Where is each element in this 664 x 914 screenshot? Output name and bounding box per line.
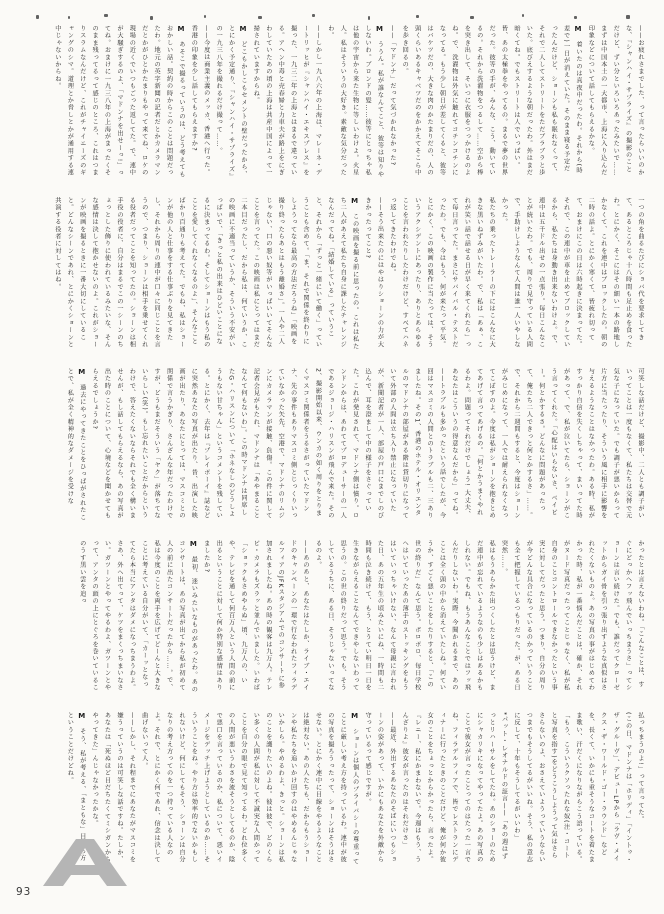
speaker-m-label: M (189, 540, 197, 549)
scan-speck (416, 15, 419, 18)
paragraph: 一つの角を曲るたびにショバ代を要求してきて、あるところじゃ十八時間も足止めを食っ… (497, 197, 646, 350)
paragraph: 払っちまうのよ!」って言ってた。 (634, 712, 646, 865)
paragraph: ——お疲れさまでした、って言ったらいいのかな、『シャンハイ・サプライズ』の撮影の… (584, 25, 646, 178)
paragraph: ——そう出来たのにはやはりショーンの力が大きかったってこと? (361, 197, 386, 350)
paragraph: ——最近、外出するあなたのそばにいつもショーンの姿があって、いかにもあなたを外敵… (361, 712, 398, 865)
scan-speck (104, 14, 108, 17)
scan-speck (68, 16, 70, 19)
speaker-m-label: M (351, 197, 359, 206)
paragraph: M あそこで撮るっていうのは、どう考えてもおかしい話。契約の時からこのことは問題… (51, 25, 187, 178)
paragraph: 私はもうあらかた出つくしたとは思うけど、まだ連中が忘れているようなのも少しはある… (311, 540, 497, 693)
speaker-m-label: M (375, 25, 383, 34)
paragraph: M ううん。私が誰なんてこと、彼等は知りやしないわ。ブロンドの髪……彼等にとっち… (323, 25, 385, 178)
scan-speck (626, 15, 630, 19)
scan-speck (150, 16, 153, 20)
speaker-m-label: M (574, 25, 582, 34)
paragraph: M 最初、迷いみたいなものがあったわ。あのコンサートは、あの写真が出てから私が初… (75, 540, 199, 693)
paragraph: M 過去にやってきたことをひっぱがされたことで、私が全く精神的なダメージを受けな (63, 368, 88, 521)
page-number: 93 (16, 886, 31, 898)
paragraph: 私たちの乗ったトレーラーの下にはこんなに大きな黒いねずみがいたわ。で、私は「あぁ… (385, 197, 497, 350)
scan-speck (36, 15, 39, 19)
text-band-3: 可笑しな話だけど、撮影中、二人とも調子がいいってことは一度もなくて、私たちは交替… (28, 368, 646, 521)
speaker-m-label: M (78, 712, 86, 721)
paragraph: ——しかし一九八六年の上海は、マレーネ・デートリッヒが『シャンハイ・エキスプレス… (249, 25, 323, 178)
paragraph: *パット・レオナルドの証言——「あの週はずっとリハーサルをしてたね。あのショーの… (398, 712, 510, 865)
text-band-1: ——お疲れさまでした、って言ったらいいのかな、『シャンハイ・サプライズ』の撮影の… (28, 25, 646, 178)
scan-speck (574, 16, 577, 19)
paragraph: ——「マドンナ」だって気づかれなかった? (385, 25, 397, 178)
text-band-2: 一つの角を曲るたびにショバ代を要求してきて、あるところじゃ十八時間も足止めを食っ… (28, 197, 646, 350)
text-band-4: かったとは言えないわね。「こんなことは、すぐにどっかへフッ飛んでいっちまうさ」っ… (28, 540, 646, 693)
paragraph: 可笑しな話だけど、撮影中、二人とも調子がいいってことは一度もなくて、私たちは交替… (448, 368, 647, 521)
scan-speck (258, 16, 262, 19)
paragraph: M ショーンは個人のプライバシーの尊重ってことに厳しい考え方を持っているわ。連中… (137, 712, 360, 865)
scan-speck (470, 16, 474, 19)
scan-speck (522, 14, 524, 17)
paragraph: M どこもかしこもセメントの壁だったから、とにかく予定通り、『シャンハイ・サプラ… (212, 25, 249, 178)
paragraph: ——あのあと、あなたはたしか、ライブ・エイドのキャンペーンの一環で行なわれたフィ… (199, 540, 311, 693)
paragraph: M 着いたのは真夜中だったわ。それから(時差で)一日が消えていた。そのまま寝る予… (398, 25, 584, 178)
scan-speck (368, 16, 370, 20)
speaker-m-label: M (239, 25, 247, 34)
paragraph: かったとは言えないわね。「こんなことは、すぐにどっかへフッ飛んでいっちまうさ」っ… (497, 540, 646, 693)
paragraph: M この映画を撮る前に思ったの。これは私たち二人があえて私たち自身に課したチャレ… (51, 197, 361, 350)
magazine-page: ——お疲れさまでした、って言ったらいいのかな、『シャンハイ・サプライズ』の撮影の… (0, 0, 664, 914)
watermark-letter-a (42, 838, 128, 886)
speaker-m-label: M (78, 368, 86, 377)
speaker-m-label: M (177, 25, 185, 34)
scan-speck (312, 14, 315, 17)
paragraph: (この日、マドンナは「ホリディ」「イントゥ・ザ・グルーヴ」、デビューLPから「ラ… (510, 712, 634, 865)
paragraph: ——トラブルも多かったという話でしたが、今回はマスコミの人間とのトラブルも二、三… (88, 368, 448, 521)
scan-speck (204, 15, 206, 18)
speaker-m-label: M (351, 712, 359, 721)
paragraph: ——今度は商業主義のメッカ、香港へ行った。香港の印象を少し話してもらえますか? (187, 25, 212, 178)
